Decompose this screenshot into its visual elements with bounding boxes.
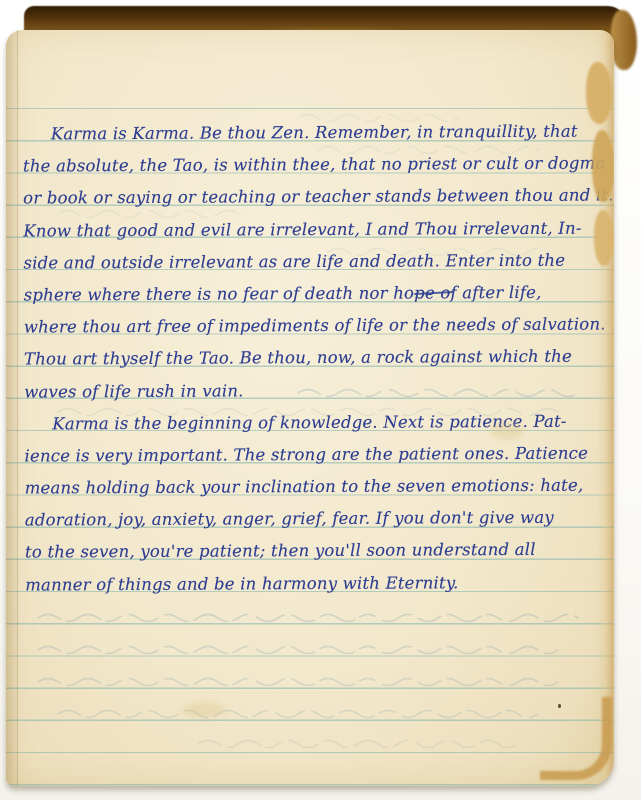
handwriting-line-1: Karma is Karma. Be thou Zen. Remember, i… bbox=[23, 115, 611, 150]
ink-speck bbox=[558, 704, 561, 708]
handwriting: Karma is Karma. Be thou Zen. Remember, i… bbox=[23, 115, 614, 601]
edge-stain-right bbox=[592, 130, 614, 202]
paper-stain bbox=[490, 422, 524, 440]
corner-stain-bottom-right bbox=[540, 697, 612, 780]
handwriting-line-12: means holding back your inclination to t… bbox=[25, 470, 613, 505]
handwriting-line-7: where thou art free of impediments of li… bbox=[24, 309, 612, 344]
handwriting-line-15: manner of things and be in harmony with … bbox=[25, 566, 613, 601]
paper-stain-2 bbox=[182, 702, 226, 718]
handwriting-line-8: Thou art thyself the Tao. Be thou, now, … bbox=[24, 341, 612, 376]
page-crease bbox=[17, 30, 18, 786]
handwriting-line-5: side and outside irrelevant as are life … bbox=[23, 244, 611, 279]
handwriting-line-4: Know that good and evil are irrelevant, … bbox=[23, 212, 611, 247]
handwriting-line-3: or book or saying or teaching or teacher… bbox=[23, 180, 611, 215]
notebook-page: Karma is Karma. Be thou Zen. Remember, i… bbox=[6, 30, 614, 786]
edge-stain-right-2 bbox=[594, 210, 614, 266]
handwriting-line-2: the absolute, the Tao, is within thee, t… bbox=[23, 148, 611, 183]
handwriting-line-13: adoration, joy, anxiety, anger, grief, f… bbox=[25, 502, 613, 537]
corner-stain-top-right bbox=[586, 62, 612, 124]
handwriting-line-11: ience is very important. The strong are … bbox=[24, 437, 612, 472]
scan-background: Karma is Karma. Be thou Zen. Remember, i… bbox=[0, 0, 641, 800]
torn-edge-fragment bbox=[611, 10, 637, 70]
handwriting-line-14: to the seven, you're patient; then you'l… bbox=[25, 534, 613, 569]
handwriting-line-10: Karma is the beginning of knowledge. Nex… bbox=[24, 405, 612, 440]
handwriting-line-6: sphere where there is no fear of death n… bbox=[24, 276, 612, 311]
handwriting-line-9: waves of life rush in vain. bbox=[24, 373, 612, 408]
